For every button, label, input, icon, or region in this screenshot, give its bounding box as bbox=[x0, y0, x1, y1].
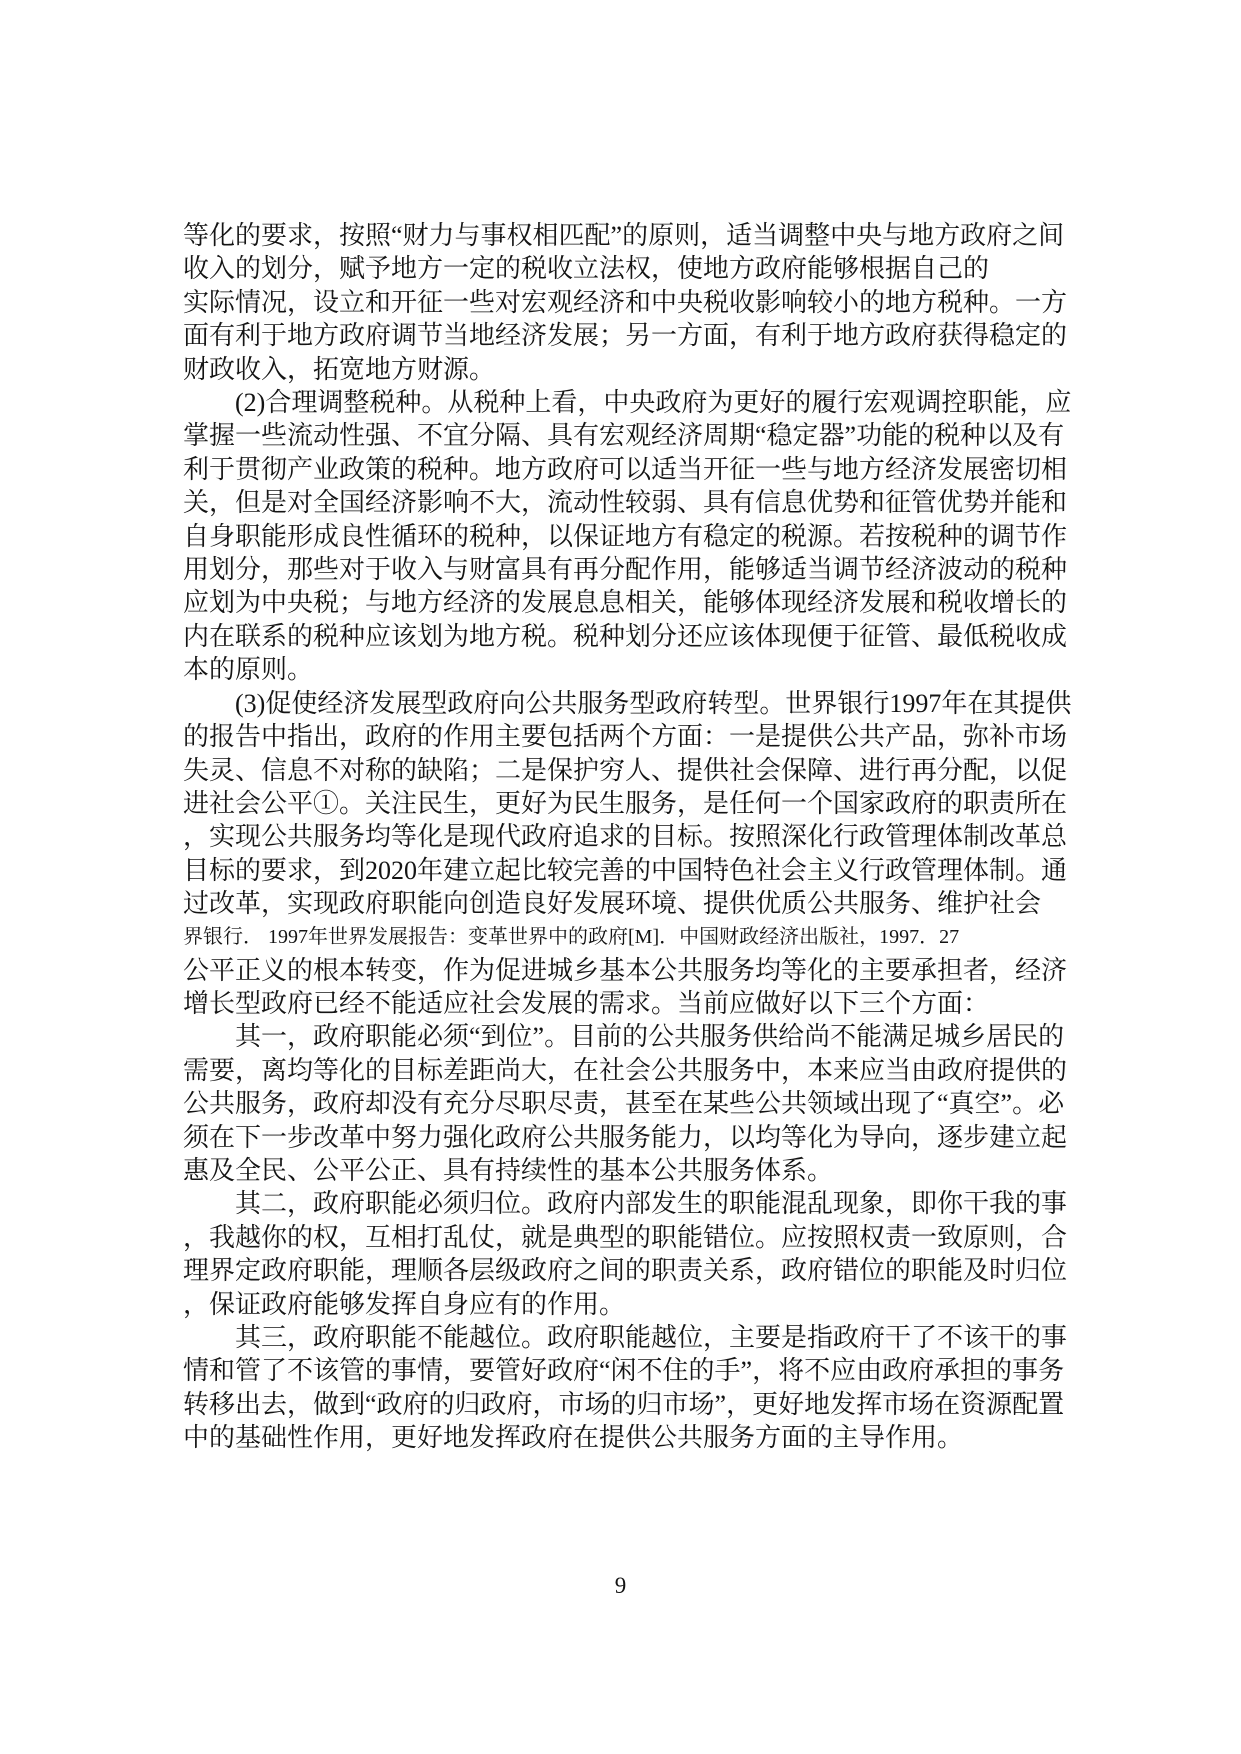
body-paragraphs-block-2: 公平正义的根本转变，作为促进城乡基本公共服务均等化的主要承担者，经济 增长型政府… bbox=[183, 954, 1101, 1455]
footnote-citation: 界银行． 1997年世界发展报告：变革世界中的政府[M]．中国财政经济出版社，1… bbox=[183, 922, 1101, 953]
page-body: 等化的要求，按照“财力与事权相匹配”的原则，适当调整中央与地方政府之间 收入的划… bbox=[183, 219, 1101, 1455]
document-page: 等化的要求，按照“财力与事权相匹配”的原则，适当调整中央与地方政府之间 收入的划… bbox=[0, 0, 1241, 1754]
page-number: 9 bbox=[0, 1572, 1241, 1600]
body-paragraphs-block-1: 等化的要求，按照“财力与事权相匹配”的原则，适当调整中央与地方政府之间 收入的划… bbox=[183, 219, 1101, 921]
